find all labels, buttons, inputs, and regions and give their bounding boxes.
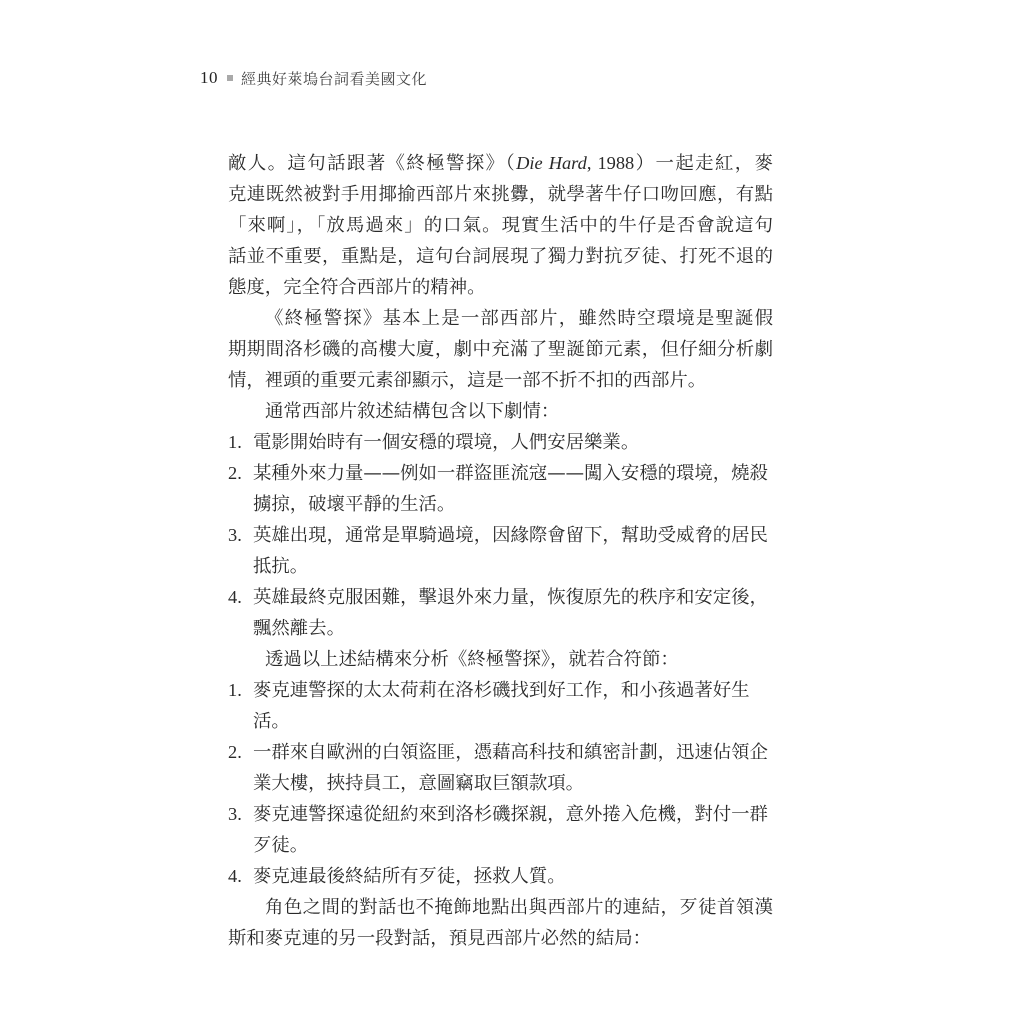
list-number: 4.: [228, 582, 253, 613]
list-number: 3.: [228, 799, 253, 830]
square-bullet-icon: [227, 75, 233, 81]
running-title: 經典好萊塢台詞看美國文化: [241, 68, 427, 89]
page-number: 10: [200, 68, 218, 88]
list-number: 4.: [228, 861, 253, 892]
text-line: 角色之間的對話也不掩飾地點出與西部片的連結，歹徒首領漢: [228, 892, 773, 923]
paragraph-4: 透過以上述結構來分析《終極警探》，就若合符節：: [228, 644, 773, 675]
western-structure-list: 1.電影開始時有一個安穩的環境，人們安居樂業。 2.某種外來力量——例如一群盜匪…: [228, 427, 773, 644]
text-line: 《終極警探》基本上是一部西部片，雖然時空環境是聖誕假: [228, 303, 773, 334]
text-line: 斯和麥克連的另一段對話，預見西部片必然的結局：: [228, 923, 773, 954]
text-line: 透過以上述結構來分析《終極警探》，就若合符節：: [228, 644, 773, 675]
paragraph-1: 敵人。這句話跟著《終極警探》（Die Hard, 1988）一起走紅，麥 克連既…: [228, 148, 773, 303]
list-number: 2.: [228, 458, 253, 489]
page-body: 敵人。這句話跟著《終極警探》（Die Hard, 1988）一起走紅，麥 克連既…: [228, 148, 773, 954]
list-item: 1.麥克連警探的太太荷莉在洛杉磯找到好工作，和小孩過著好生 活。: [228, 675, 773, 737]
text-line: 敵人。這句話跟著《終極警探》（Die Hard, 1988）一起走紅，麥: [228, 148, 773, 179]
list-item: 3.英雄出現，通常是單騎過境，因緣際會留下，幫助受威脅的居民 抵抗。: [228, 520, 773, 582]
running-header: 10 經典好萊塢台詞看美國文化: [200, 66, 427, 90]
paragraph-2: 《終極警探》基本上是一部西部片，雖然時空環境是聖誕假 期期間洛杉磯的高樓大廈，劇…: [228, 303, 773, 396]
list-number: 3.: [228, 520, 253, 551]
text-line: 話並不重要，重點是，這句台詞展現了獨力對抗歹徒、打死不退的: [228, 241, 773, 272]
list-item: 3.麥克連警探遠從紐約來到洛杉磯探親，意外捲入危機，對付一群 歹徒。: [228, 799, 773, 861]
list-number: 2.: [228, 737, 253, 768]
paragraph-5: 角色之間的對話也不掩飾地點出與西部片的連結，歹徒首領漢 斯和麥克連的另一段對話，…: [228, 892, 773, 954]
die-hard-structure-list: 1.麥克連警探的太太荷莉在洛杉磯找到好工作，和小孩過著好生 活。 2.一群來自歐…: [228, 675, 773, 892]
list-item: 2.某種外來力量——例如一群盜匪流寇——闖入安穩的環境，燒殺 擄掠，破壞平靜的生…: [228, 458, 773, 520]
text-line: 「來啊」，「放馬過來」的口氣。現實生活中的牛仔是否會說這句: [228, 210, 773, 241]
text-line: 克連既然被對手用揶揄西部片來挑釁，就學著牛仔口吻回應，有點: [228, 179, 773, 210]
list-number: 1.: [228, 427, 253, 458]
list-item: 4.英雄最終克服困難，擊退外來力量，恢復原先的秩序和安定後， 飄然離去。: [228, 582, 773, 644]
text-line: 態度，完全符合西部片的精神。: [228, 272, 773, 303]
paragraph-3: 通常西部片敘述結構包含以下劇情：: [228, 396, 773, 427]
list-item: 4.麥克連最後終結所有歹徒，拯救人質。: [228, 861, 773, 892]
list-item: 1.電影開始時有一個安穩的環境，人們安居樂業。: [228, 427, 773, 458]
text-line: 期期間洛杉磯的高樓大廈，劇中充滿了聖誕節元素，但仔細分析劇: [228, 334, 773, 365]
list-number: 1.: [228, 675, 253, 706]
text-line: 通常西部片敘述結構包含以下劇情：: [228, 396, 773, 427]
film-year: , 1988: [587, 153, 634, 173]
list-item: 2.一群來自歐洲的白領盜匪，憑藉高科技和縝密計劃，迅速佔領企 業大樓，挾持員工，…: [228, 737, 773, 799]
film-title-en: Die Hard: [516, 153, 587, 173]
text-line: 情，裡頭的重要元素卻顯示，這是一部不折不扣的西部片。: [228, 365, 773, 396]
